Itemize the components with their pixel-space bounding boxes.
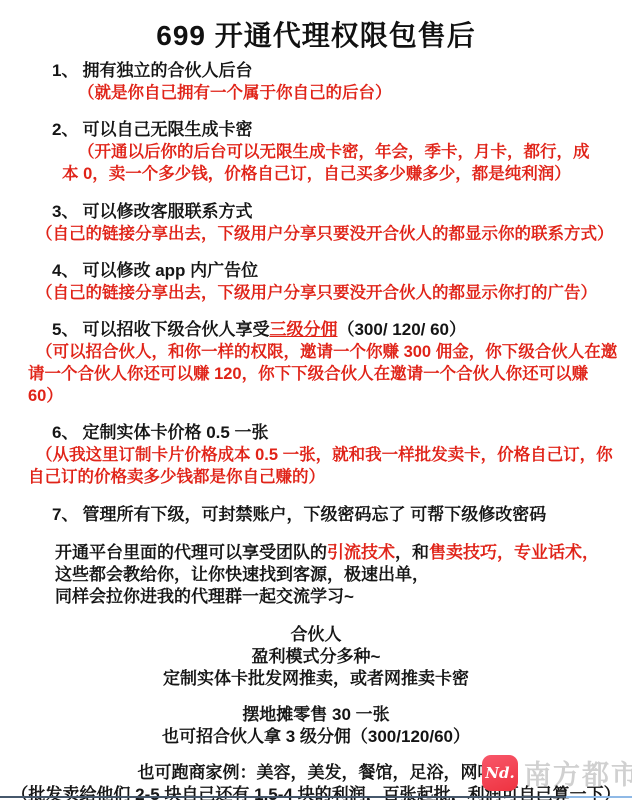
item-number: 6、: [52, 422, 78, 444]
page-title: 699 开通代理权限包售后: [0, 14, 632, 54]
item-number: 4、: [52, 260, 78, 282]
item-number: 3、: [52, 201, 78, 223]
news-watermark: Nd. 南方都市报: [482, 753, 632, 792]
item-number: 2、: [52, 119, 78, 141]
item-heading: 拥有独立的合伙人后台: [82, 60, 252, 82]
item-heading: 可以自己无限生成卡密: [82, 119, 252, 141]
profit-modes: 盈利模式分多种~: [0, 646, 632, 668]
promo-paragraph: 开通平台里面的代理可以享受团队的引流技术，和售卖技巧，专业话术， 这些都会教给你…: [0, 542, 632, 608]
retail-section: 摆地摊零售 30 一张 也可招合伙人拿 3 级分佣（300/120/60）: [0, 704, 632, 748]
list-item-7: 7、 管理所有下级，可封禁账户，下级密码忘了 可帮下级修改密码: [0, 504, 632, 526]
list-item-5: 5、 可以招收下级合伙人享受三级分佣（300/ 120/ 60） （可以招合伙人…: [0, 319, 632, 407]
item-note-red: （自己的链接分享出去，下级用户分享只要没开合伙人的都显示你的联系方式）: [0, 223, 632, 245]
red-highlight: 售卖技巧，专业话术，: [429, 543, 599, 562]
partner-section: 合伙人 盈利模式分多种~ 定制实体卡批发网推卖，或者网推卖卡密: [0, 624, 632, 690]
item-note-red: （可以招合伙人，和你一样的权限，邀请一个你赚 300 佣金，你下级合伙人在邀请一…: [0, 341, 632, 407]
list-item-2: 2、 可以自己无限生成卡密 （开通以后你的后台可以无限生成卡密，年会，季卡，月卡…: [0, 119, 632, 185]
list-item-4: 4、 可以修改 app 内广告位 （自己的链接分享出去，下级用户分享只要没开合伙…: [0, 260, 632, 304]
item-note-red: （就是你自己拥有一个属于你自己的后台）: [0, 82, 632, 104]
item-note-red: （开通以后你的后台可以无限生成卡密，年会，季卡，月卡，都行，成本 0，卖一个多少…: [0, 141, 632, 185]
street-retail-line: 摆地摊零售 30 一张: [0, 704, 632, 726]
document-page: 699 开通代理权限包售后 1、 拥有独立的合伙人后台 （就是你自己拥有一个属于…: [0, 0, 632, 800]
item-heading: 定制实体卡价格 0.5 一张: [82, 422, 268, 444]
partner-title: 合伙人: [0, 624, 632, 646]
list-item-1: 1、 拥有独立的合伙人后台 （就是你自己拥有一个属于你自己的后台）: [0, 60, 632, 104]
bottom-divider-accent: [566, 796, 632, 798]
list-item-6: 6、 定制实体卡价格 0.5 一张 （从我这里订制卡片价格成本 0.5 一张，就…: [0, 422, 632, 488]
item-heading: 可以修改客服联系方式: [82, 201, 252, 223]
red-highlight: 引流技术: [327, 543, 395, 562]
list-item-3: 3、 可以修改客服联系方式 （自己的链接分享出去，下级用户分享只要没开合伙人的都…: [0, 201, 632, 245]
item-heading: 管理所有下级，可封禁账户，下级密码忘了 可帮下级修改密码: [82, 504, 546, 526]
item-heading: 可以招收下级合伙人享受三级分佣（300/ 120/ 60）: [82, 319, 466, 341]
item-number: 7、: [52, 504, 78, 526]
news-outlet-name: 南方都市报: [524, 753, 632, 792]
item-heading: 可以修改 app 内广告位: [82, 260, 258, 282]
item-note-red: （从我这里订制卡片价格成本 0.5 一张，就和我一样批发卖卡，价格自己订，你自己…: [0, 444, 632, 488]
item-note-red: （自己的链接分享出去，下级用户分享只要没开合伙人的都显示你打的广告）: [0, 282, 632, 304]
item-number: 1、: [52, 60, 78, 82]
bottom-divider: [0, 796, 632, 798]
invite-commission-line: 也可招合伙人拿 3 级分佣（300/120/60）: [0, 726, 632, 748]
item-heading-red-highlight: 三级分佣: [269, 320, 337, 339]
item-number: 5、: [52, 319, 78, 341]
custom-card-line: 定制实体卡批发网推卖，或者网推卖卡密: [0, 668, 632, 690]
news-logo-icon: Nd.: [482, 755, 518, 791]
